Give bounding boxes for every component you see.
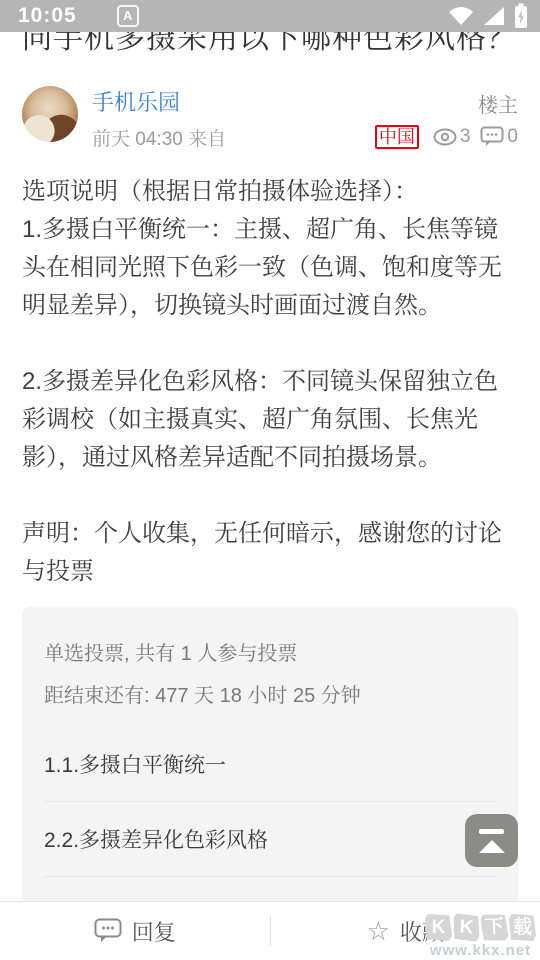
author-info: 手机乐园 前天 04:30 来自 <box>92 86 226 151</box>
status-icons <box>448 3 528 29</box>
author-row: 手机乐园 前天 04:30 来自 楼主 中国 3 <box>22 86 518 151</box>
thread-content: 向手机多摄采用以下哪种色彩风格？ 手机乐园 前天 04:30 来自 楼主 中国 <box>0 18 540 958</box>
favorite-label: 收藏 <box>400 916 444 947</box>
post-paragraph: 声明：个人收集，无任何暗示，感谢您的讨论与投票 <box>22 515 518 591</box>
op-badge: 楼主 <box>478 89 518 118</box>
poll-summary: 单选投票, 共有 1 人参与投票 <box>44 633 496 675</box>
poll-option[interactable]: 2.2.多摄差异化色彩风格 <box>44 802 496 877</box>
post-time: 前天 04:30 来自 <box>92 124 226 151</box>
view-count-group: 3 <box>433 126 471 148</box>
comment-bubble-icon <box>480 126 504 148</box>
comment-count: 0 <box>507 126 518 148</box>
top-bar-glyph <box>479 829 504 834</box>
app-screen: 10:05 A 向手机多摄采用以下哪种色彩风格？ 手机乐园 前天 04:30 来… <box>0 0 540 960</box>
eye-icon <box>433 128 457 146</box>
favorite-button[interactable]: ☆ 收藏 <box>271 916 540 947</box>
clock: 10:05 <box>18 4 77 28</box>
wifi-icon <box>448 6 474 26</box>
poll-countdown: 距结束还有: 477 天 18 小时 25 分钟 <box>44 675 496 717</box>
back-to-top-button[interactable] <box>465 814 518 867</box>
comment-count-group: 0 <box>480 126 518 148</box>
status-bar: 10:05 A <box>0 0 540 32</box>
post-paragraph: 选项说明（根据日常拍摄体验选择）： <box>22 173 518 211</box>
up-triangle-icon <box>479 840 505 853</box>
author-name[interactable]: 手机乐园 <box>92 86 226 117</box>
reply-label: 回复 <box>132 916 176 947</box>
author-right: 楼主 中国 3 <box>375 86 518 151</box>
post-body: 选项说明（根据日常拍摄体验选择）： 1.多摄白平衡统一：主摄、超广角、长焦等镜头… <box>22 173 518 591</box>
poll-option[interactable]: 1.1.多摄白平衡统一 <box>44 727 496 802</box>
bottom-action-bar: 回复 ☆ 收藏 <box>0 901 540 960</box>
reply-button[interactable]: 回复 <box>0 916 270 947</box>
avatar[interactable] <box>22 86 78 142</box>
post-meta-stats: 中国 3 <box>375 125 518 149</box>
ime-icon: A <box>117 5 139 27</box>
signal-icon <box>482 6 506 26</box>
battery-icon <box>514 3 528 29</box>
location-tag: 中国 <box>375 125 419 149</box>
post-paragraph: 1.多摄白平衡统一：主摄、超广角、长焦等镜头在相同光照下色彩一致（色调、饱和度等… <box>22 211 518 325</box>
view-count: 3 <box>460 126 471 148</box>
star-icon: ☆ <box>367 918 390 944</box>
reply-bubble-icon <box>94 918 122 944</box>
post-paragraph: 2.多摄差异化色彩风格：不同镜头保留独立色彩调校（如主摄真实、超广角氛围、长焦光… <box>22 363 518 477</box>
